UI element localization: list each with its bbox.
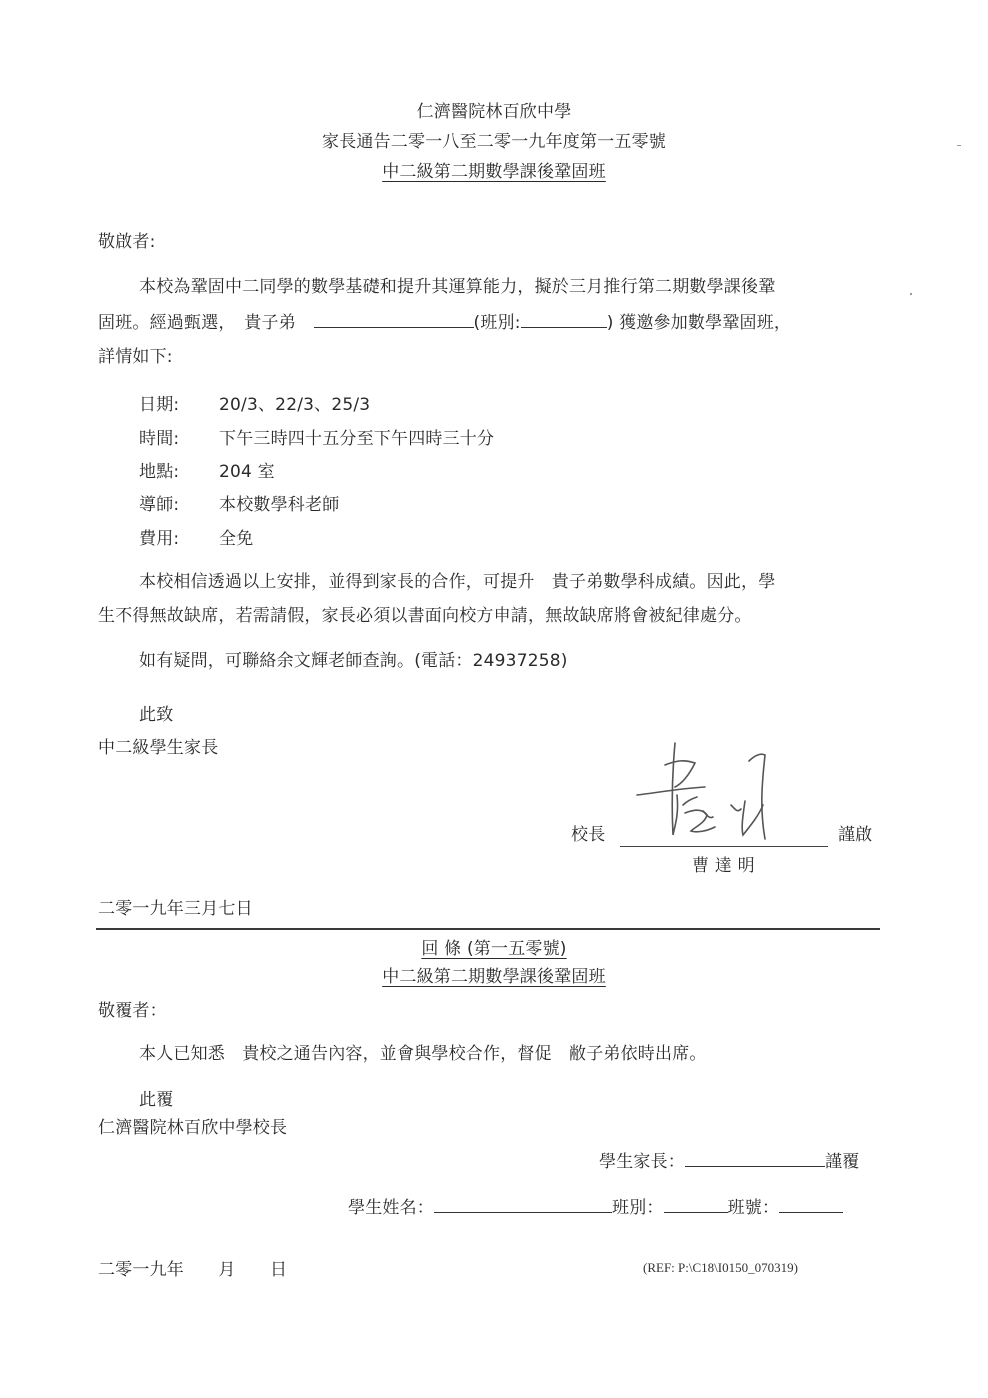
reply-class-label: 班別： xyxy=(612,1198,664,1218)
detail-date: 日期:20/3、22/3、25/3 xyxy=(139,394,370,416)
reply-date: 二零一九年 月 日 xyxy=(98,1259,287,1281)
reply-student-name-blank[interactable] xyxy=(434,1196,612,1213)
detail-label: 導師: xyxy=(139,494,219,516)
detail-label: 時間: xyxy=(139,428,219,450)
class-no-label: 班號： xyxy=(728,1198,780,1218)
detail-venue: 地點:204 室 xyxy=(139,461,275,483)
parent-signature-row: 學生家長：謹覆 xyxy=(599,1150,859,1173)
reply-salutation: 敬覆者： xyxy=(98,1000,167,1022)
reply-slip-divider xyxy=(96,928,880,930)
parent-label: 學生家長： xyxy=(599,1152,685,1172)
detail-value: 本校數學科老師 xyxy=(219,495,339,515)
invite-intro: 固班。經過甄選， 貴子弟 xyxy=(98,313,296,333)
detail-label: 地點: xyxy=(139,461,219,483)
school-name: 仁濟醫院林百欣中學 xyxy=(0,101,988,123)
detail-time: 時間:下午三時四十五分至下午四時三十分 xyxy=(139,428,494,450)
reply-slip-title: 回 條 (第一五零號) xyxy=(0,938,988,960)
signer-title: 校長 xyxy=(571,824,605,846)
reply-recipient: 仁濟醫院林百欣中學校長 xyxy=(98,1117,287,1139)
parent-signature-blank[interactable] xyxy=(685,1150,825,1167)
student-name-label: 學生姓名： xyxy=(348,1198,434,1218)
scan-speck xyxy=(957,145,961,146)
parent-closing: 謹覆 xyxy=(825,1152,859,1172)
reply-class-blank[interactable] xyxy=(664,1196,728,1213)
closing: 此致 xyxy=(139,704,173,726)
detail-tutor: 導師:本校數學科老師 xyxy=(139,494,339,516)
notice-subject: 中二級第二期數學課後鞏固班 xyxy=(0,161,988,183)
reply-body: 本人已知悉 貴校之通告內容，並會與學校合作，督促 敝子弟依時出席。 xyxy=(139,1043,707,1065)
class-blank[interactable] xyxy=(521,311,607,328)
detail-value: 全免 xyxy=(219,529,253,549)
class-no-blank[interactable] xyxy=(779,1196,843,1213)
class-label: (班別: xyxy=(474,313,521,333)
signature-line xyxy=(620,846,828,847)
recipient: 中二級學生家長 xyxy=(98,737,218,759)
reply-closing: 此覆 xyxy=(139,1089,173,1111)
salutation: 敬啟者: xyxy=(98,231,156,253)
paragraph-1-line-2: 固班。經過甄選， 貴子弟 (班別:) 獲邀參加數學鞏固班， xyxy=(98,311,791,334)
notice-number: 家長通告二零一八至二零一九年度第一五零號 xyxy=(0,131,988,153)
student-name-blank[interactable] xyxy=(314,311,474,328)
principal-signature-icon xyxy=(625,735,795,845)
invite-outro: ) 獲邀參加數學鞏固班， xyxy=(607,313,791,333)
detail-value: 204 室 xyxy=(219,462,275,482)
detail-label: 日期: xyxy=(139,394,219,416)
signer-name: 曹 達 明 xyxy=(692,855,755,877)
scan-speck xyxy=(910,293,912,295)
reference-code: (REF: P:\C18\I0150_070319) xyxy=(643,1260,798,1276)
paragraph-1-line-3: 詳情如下: xyxy=(98,346,173,368)
detail-fee: 費用:全免 xyxy=(139,528,253,550)
paragraph-3: 如有疑問，可聯絡余文輝老師查詢。(電話：24937258) xyxy=(139,650,568,672)
paragraph-2-line-1: 本校相信透過以上安排，並得到家長的合作，可提升 貴子弟數學科成績。因此，學 xyxy=(139,571,775,593)
detail-label: 費用: xyxy=(139,528,219,550)
paragraph-2-line-2: 生不得無故缺席，若需請假，家長必須以書面向校方申請，無故缺席將會被紀律處分。 xyxy=(98,605,752,627)
detail-value: 下午三時四十五分至下午四時三十分 xyxy=(219,429,494,449)
paragraph-1-line-1: 本校為鞏固中二同學的數學基礎和提升其運算能力，擬於三月推行第二期數學課後鞏 xyxy=(139,276,775,298)
notice-subject-text: 中二級第二期數學課後鞏固班 xyxy=(382,162,606,182)
letter-date: 二零一九年三月七日 xyxy=(98,898,253,920)
reply-slip-subject: 中二級第二期數學課後鞏固班 xyxy=(0,966,988,988)
student-info-row: 學生姓名：班別：班號： xyxy=(348,1196,843,1219)
signer-closing: 謹啟 xyxy=(838,824,872,846)
reply-slip-subject-text: 中二級第二期數學課後鞏固班 xyxy=(382,967,606,987)
reply-slip-title-text: 回 條 (第一五零號) xyxy=(421,939,566,959)
detail-value: 20/3、22/3、25/3 xyxy=(219,395,370,415)
